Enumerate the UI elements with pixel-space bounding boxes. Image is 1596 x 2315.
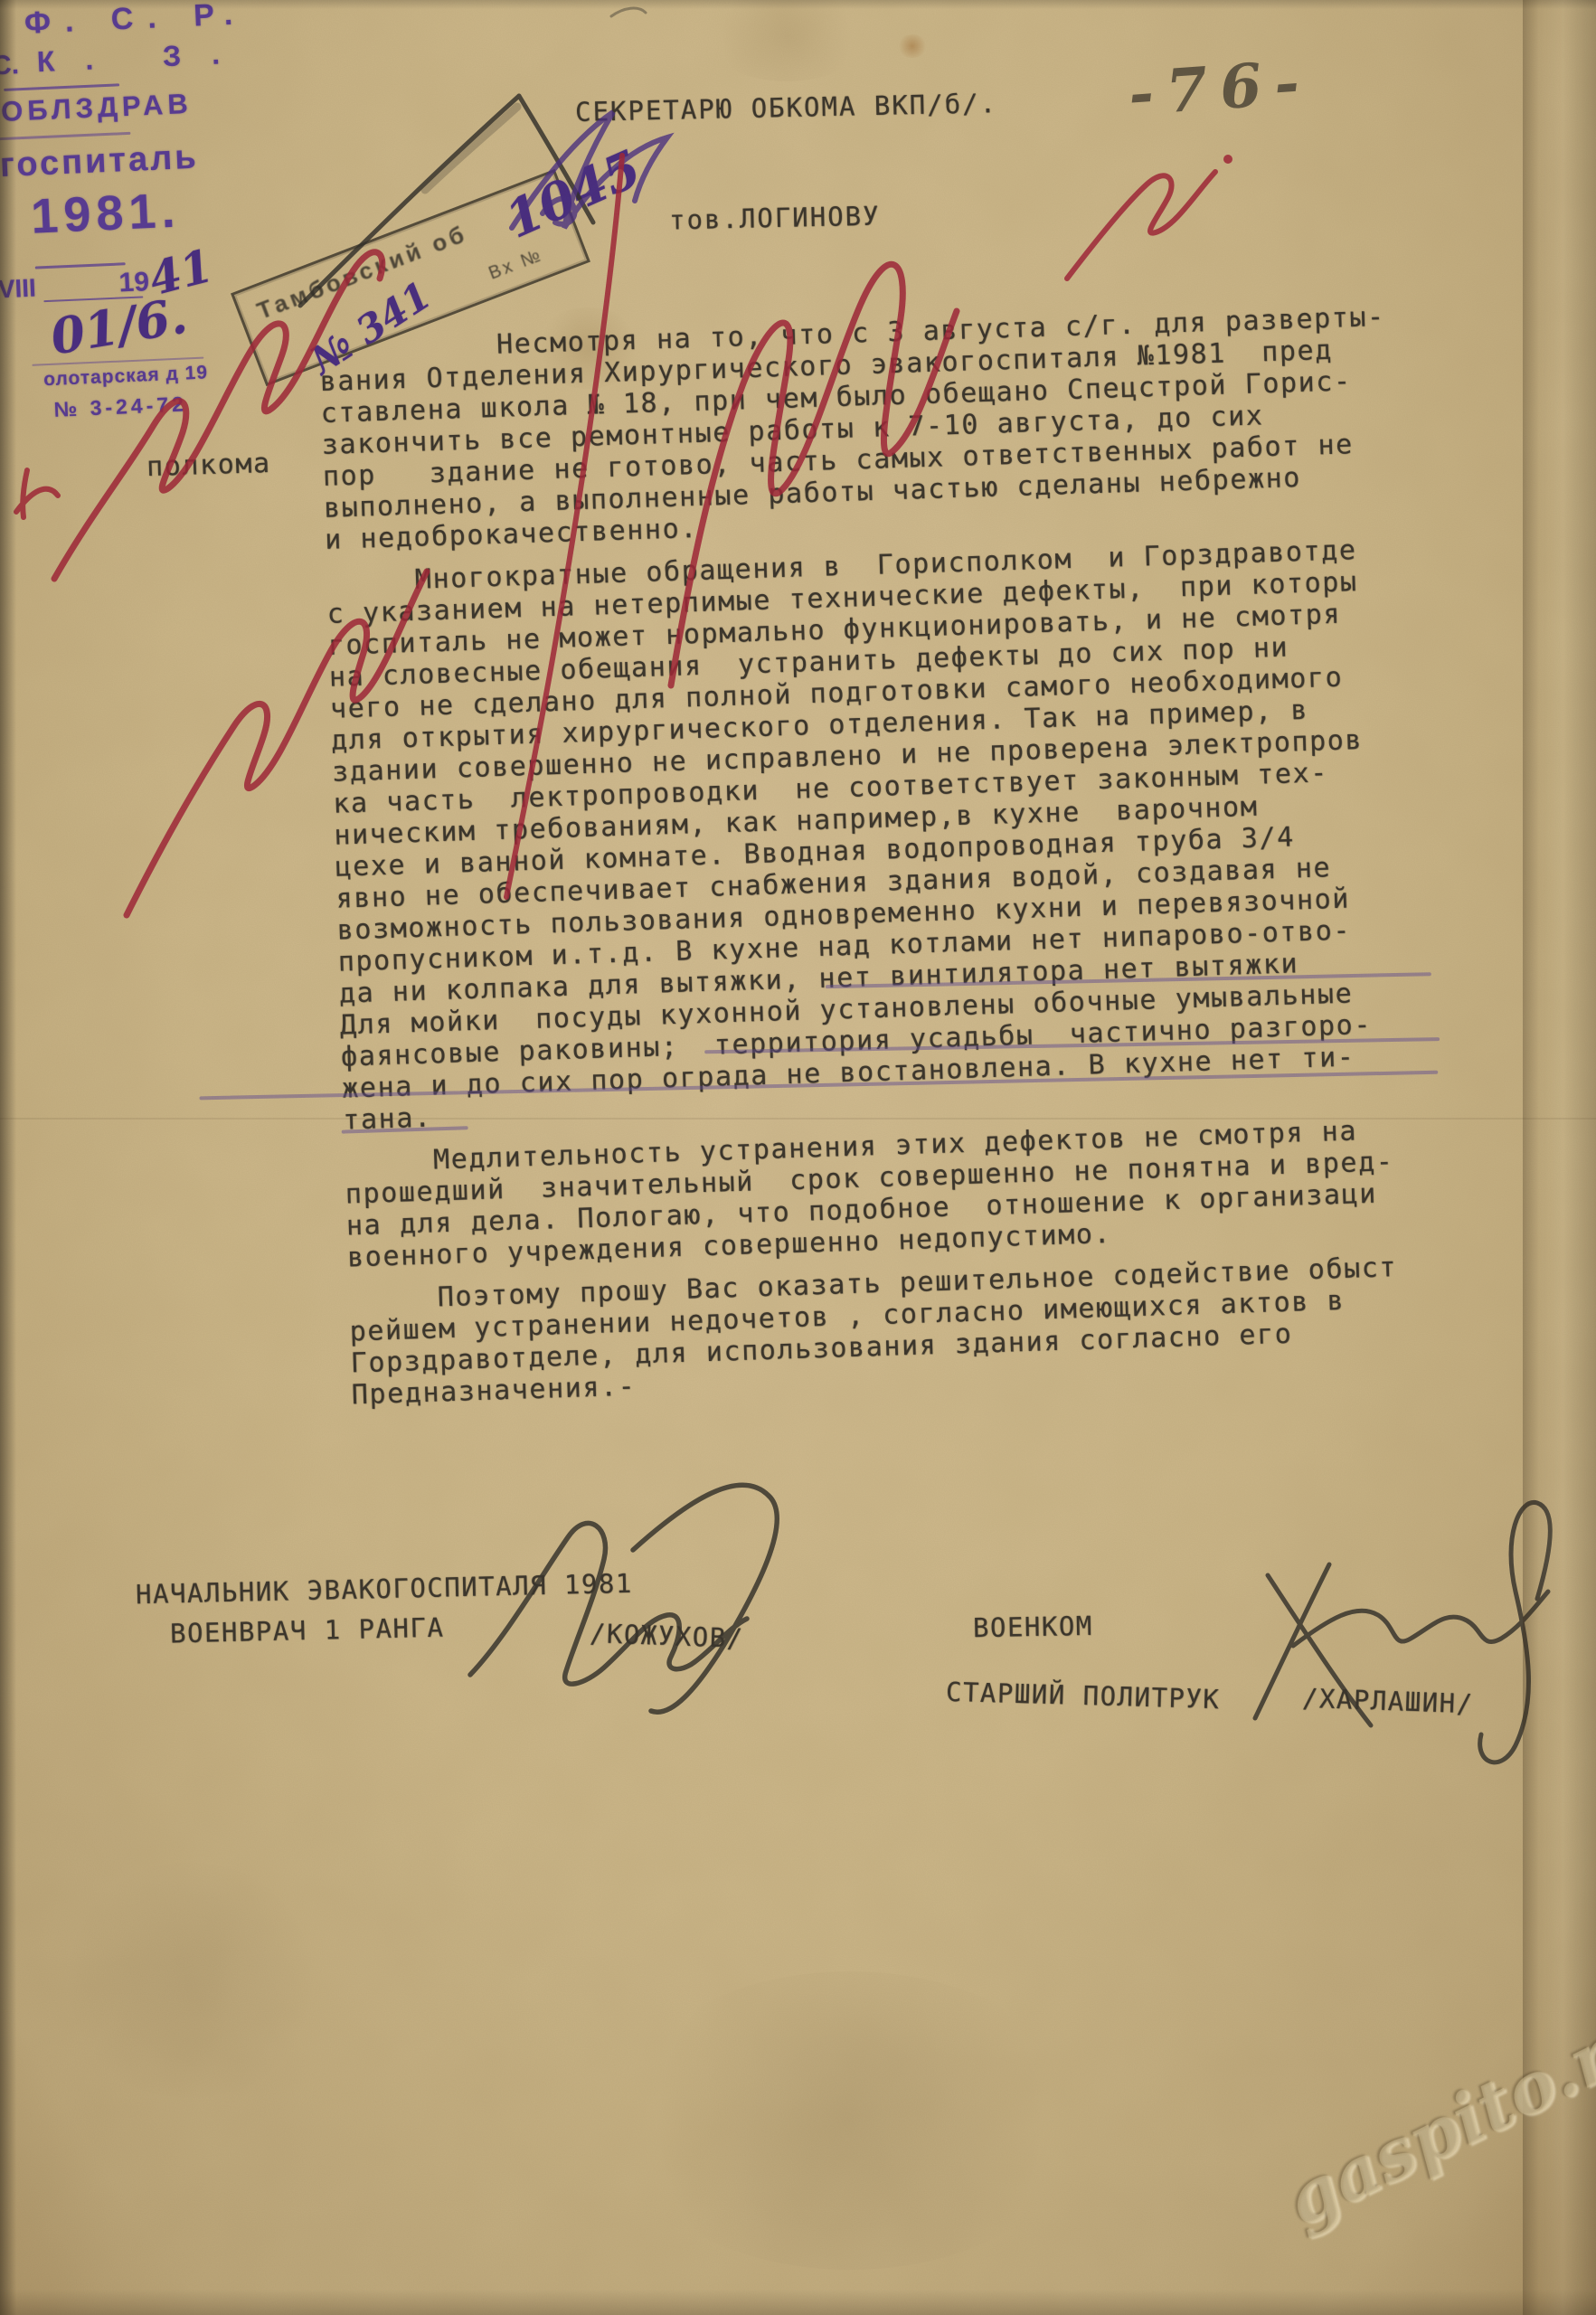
- signer-left-title1: НАЧАЛЬНИК ЭВАКОГОСПИТАЛЯ 1981: [136, 1568, 633, 1610]
- large-stain: [615, 1971, 1085, 2270]
- typed-paragraphs: Несмотря на то, что с 3 августа с/г. для…: [318, 299, 1473, 1411]
- page-edge-left: [0, 0, 16, 2315]
- stamp-rule: [0, 132, 130, 141]
- letterhead-phone: № 3-24-72: [53, 392, 187, 421]
- outgoing-number-written: 01/6.: [46, 287, 191, 366]
- horizontal-crease: [0, 1118, 1596, 1120]
- stamp-rule: [35, 262, 126, 269]
- corner-stain: [54, 1863, 326, 2098]
- signature-kharlashin: [1255, 1502, 1550, 1762]
- letterhead-oblzdrav: ОБЛЗДРАВ: [0, 88, 193, 128]
- document-page: Ф. С. Р. С. К. З. ОБЛЗДРАВ огоспиталь 19…: [0, 0, 1596, 2315]
- signer-left-title2: ВОЕНВРАЧ 1 РАНГА: [170, 1612, 445, 1649]
- letterhead-hospital-word: огоспиталь: [0, 138, 200, 187]
- stamp-rule: [4, 83, 119, 91]
- signer-right-name: /ХАРЛАШИН/: [1301, 1683, 1474, 1720]
- margin-word: полкома: [146, 448, 271, 483]
- body-paragraph: Многократные обращения в Горисполком и Г…: [326, 532, 1464, 1137]
- body-paragraph: Медлительность устранения этих дефектов …: [344, 1112, 1469, 1274]
- incoming-stamp-vh: Вх №: [486, 245, 545, 285]
- signer-left-name: /КОЖУХОВ/: [589, 1618, 744, 1654]
- recipient-line: СЕКРЕТАРЮ ОБКОМА ВКП/б/.: [575, 88, 998, 128]
- archive-page-number: -76-: [1127, 46, 1315, 129]
- body-paragraph: Несмотря на то, что с 3 августа с/г. для…: [318, 299, 1446, 556]
- signer-right-title1: ВОЕНКОМ: [973, 1611, 1093, 1643]
- page-edge-bottom: [0, 2290, 1596, 2315]
- page-fold-right: [1523, 0, 1596, 2315]
- top-stain: [705, 0, 868, 81]
- letterhead-org-line: К. З.: [36, 36, 251, 79]
- letterhead-address: олотарская д 19: [43, 362, 209, 391]
- recipient-name: тов.ЛОГИНОВУ: [669, 201, 881, 236]
- letterhead-hospital-number: 1981.: [30, 183, 182, 245]
- signer-right-title2: СТАРШИЙ ПОЛИТРУК: [946, 1677, 1221, 1715]
- typed-body: Несмотря на то, что с 3 августа с/г. для…: [318, 299, 1473, 1411]
- page-edge-top: [0, 0, 1596, 9]
- body-paragraph: Поэтому прошу Вас оказать решительное со…: [348, 1250, 1473, 1412]
- rust-stain: [897, 34, 928, 58]
